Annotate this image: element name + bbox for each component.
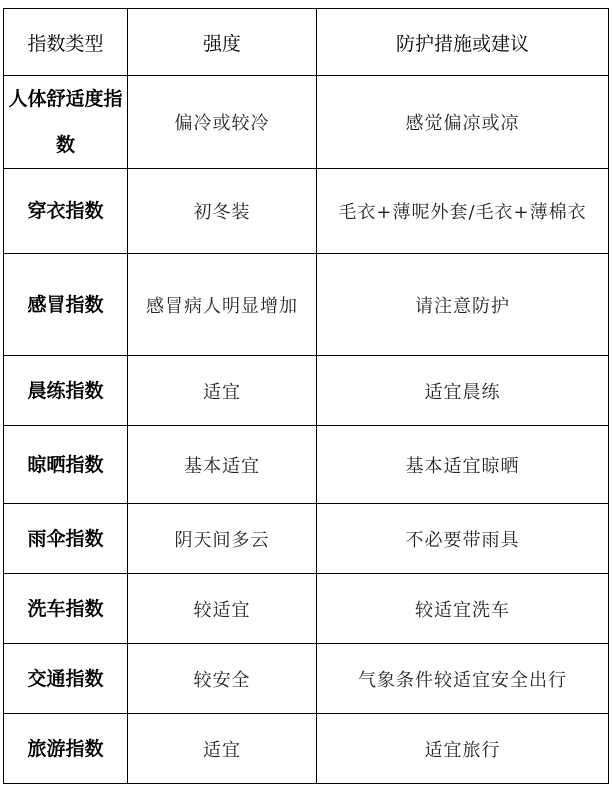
index-type: 洗车指数 bbox=[4, 574, 128, 644]
table-row: 旅游指数 适宜 适宜旅行 bbox=[4, 714, 609, 784]
index-type: 旅游指数 bbox=[4, 714, 128, 784]
index-intensity: 感冒病人明显增加 bbox=[128, 254, 317, 356]
index-intensity: 较安全 bbox=[128, 644, 317, 714]
table-row: 交通指数 较安全 气象条件较适宜安全出行 bbox=[4, 644, 609, 714]
index-advice: 不必要带雨具 bbox=[317, 504, 609, 574]
table-row: 晨练指数 适宜 适宜晨练 bbox=[4, 356, 609, 426]
table-row: 洗车指数 较适宜 较适宜洗车 bbox=[4, 574, 609, 644]
index-advice: 毛衣+薄呢外套/毛衣+薄棉衣 bbox=[317, 169, 609, 254]
index-advice: 适宜旅行 bbox=[317, 714, 609, 784]
index-advice: 气象条件较适宜安全出行 bbox=[317, 644, 609, 714]
index-type: 晨练指数 bbox=[4, 356, 128, 426]
index-intensity: 初冬装 bbox=[128, 169, 317, 254]
index-advice: 基本适宜晾晒 bbox=[317, 426, 609, 504]
table-row: 晾晒指数 基本适宜 基本适宜晾晒 bbox=[4, 426, 609, 504]
header-row: 指数类型 强度 防护措施或建议 bbox=[4, 9, 609, 76]
index-advice: 感觉偏凉或凉 bbox=[317, 76, 609, 169]
table-row: 感冒指数 感冒病人明显增加 请注意防护 bbox=[4, 254, 609, 356]
index-type: 穿衣指数 bbox=[4, 169, 128, 254]
header-intensity: 强度 bbox=[128, 9, 317, 76]
index-advice: 请注意防护 bbox=[317, 254, 609, 356]
table-row: 雨伞指数 阴天间多云 不必要带雨具 bbox=[4, 504, 609, 574]
index-advice: 较适宜洗车 bbox=[317, 574, 609, 644]
index-intensity: 较适宜 bbox=[128, 574, 317, 644]
index-intensity: 基本适宜 bbox=[128, 426, 317, 504]
index-intensity: 阴天间多云 bbox=[128, 504, 317, 574]
index-advice: 适宜晨练 bbox=[317, 356, 609, 426]
header-advice: 防护措施或建议 bbox=[317, 9, 609, 76]
index-intensity: 适宜 bbox=[128, 714, 317, 784]
index-type: 感冒指数 bbox=[4, 254, 128, 356]
header-type: 指数类型 bbox=[4, 9, 128, 76]
index-type: 晾晒指数 bbox=[4, 426, 128, 504]
table-row: 人体舒适度指数 偏冷或较冷 感觉偏凉或凉 bbox=[4, 76, 609, 169]
index-type: 交通指数 bbox=[4, 644, 128, 714]
weather-index-table: 指数类型 强度 防护措施或建议 人体舒适度指数 偏冷或较冷 感觉偏凉或凉 穿衣指… bbox=[3, 8, 609, 784]
index-type: 人体舒适度指数 bbox=[4, 76, 128, 169]
index-intensity: 偏冷或较冷 bbox=[128, 76, 317, 169]
index-type: 雨伞指数 bbox=[4, 504, 128, 574]
table-row: 穿衣指数 初冬装 毛衣+薄呢外套/毛衣+薄棉衣 bbox=[4, 169, 609, 254]
index-intensity: 适宜 bbox=[128, 356, 317, 426]
